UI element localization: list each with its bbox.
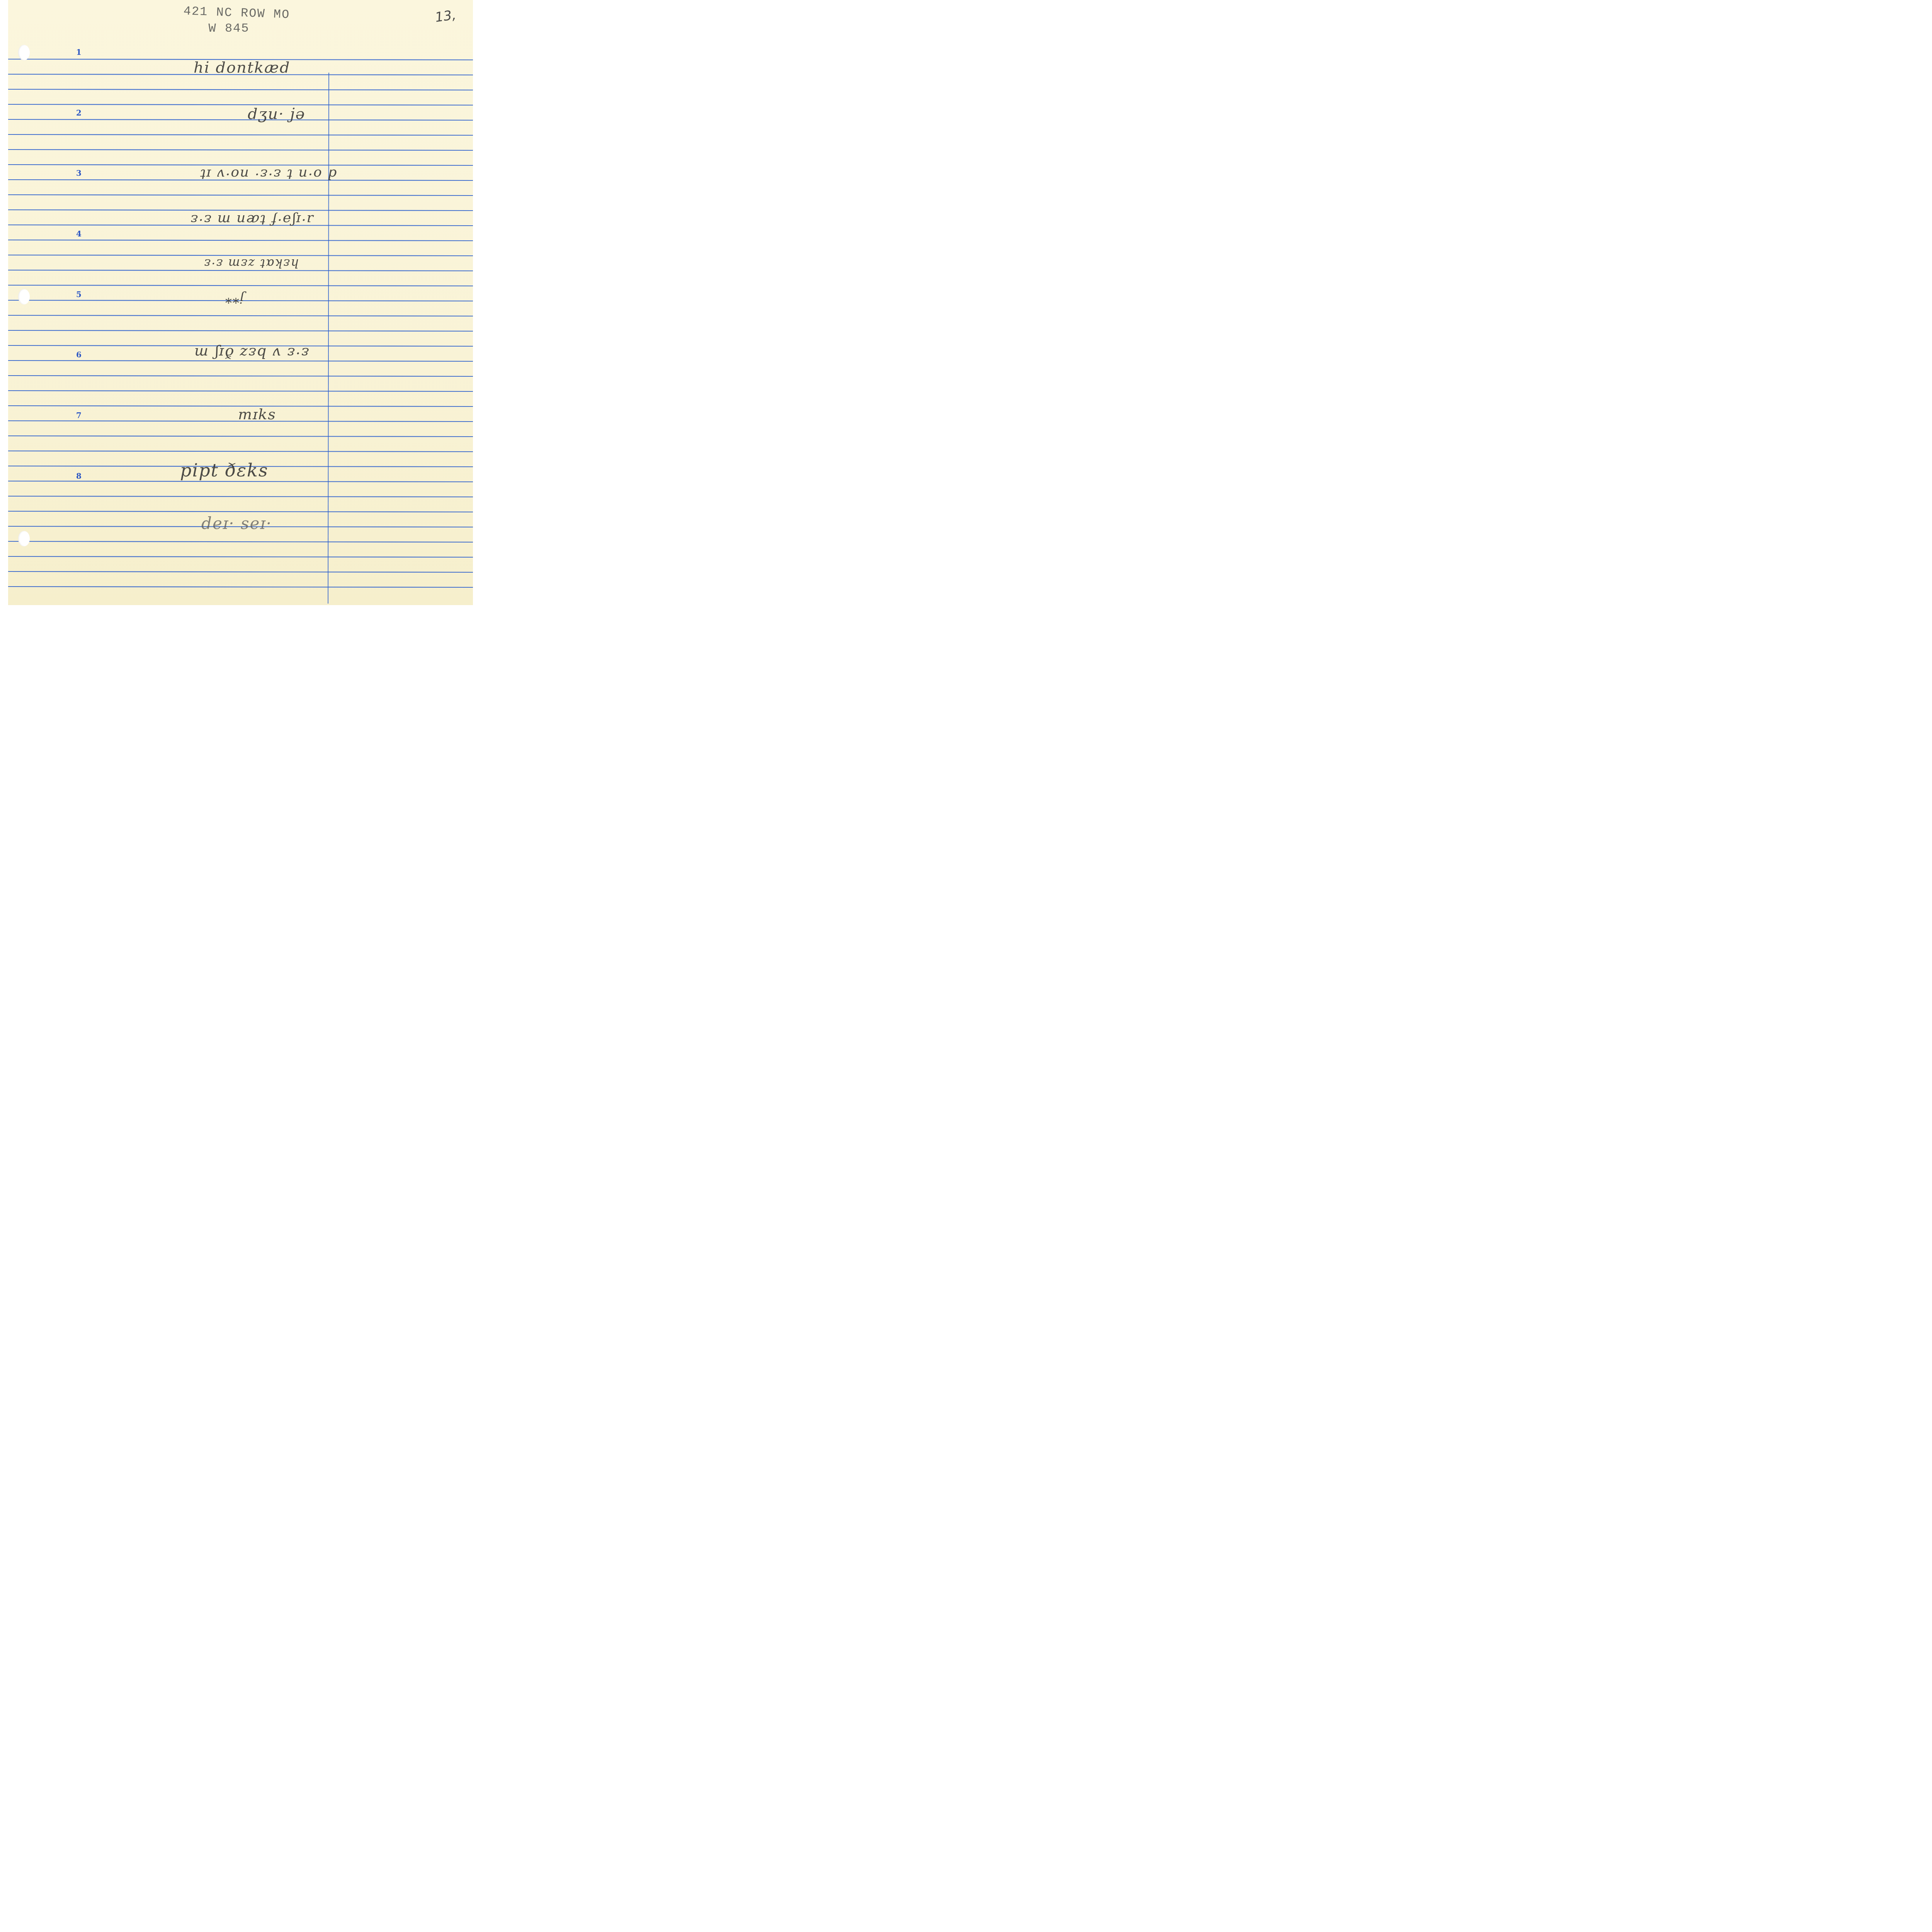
handwritten-entry-1: hi dontkæd xyxy=(194,59,290,77)
handwritten-entry-7: mɪks xyxy=(238,406,276,423)
line-number-1: 1 xyxy=(73,48,85,57)
notebook-page: 421 NC ROW MO W 845 13, 1 2 3 4 5 6 7 8 … xyxy=(8,0,473,605)
handwritten-entry-9: deɪ· seɪ· xyxy=(201,514,272,533)
line-number-6: 6 xyxy=(73,350,85,359)
line-number-3: 3 xyxy=(73,168,85,178)
handwritten-page-number: 13, xyxy=(434,7,457,25)
line-number-5: 5 xyxy=(73,290,85,299)
handwritten-entry-2: dʒu· jə xyxy=(248,105,305,123)
line-number-8: 8 xyxy=(73,471,85,481)
handwritten-entry-6: ɛ·ɛ v bɛz ðɪʃ m xyxy=(194,345,309,362)
handwritten-entry-4a: ɹ·ɪʃə·f tæn m ɛ·ɛ xyxy=(190,212,314,228)
line-number-4: 4 xyxy=(73,229,85,238)
handwritten-entry-4b: hɛkɑt zɛm ɛ·ɛ xyxy=(203,256,299,271)
handwritten-entry-8: pipt ðɛks xyxy=(180,460,269,481)
handwritten-entry-5: j** xyxy=(224,291,244,306)
handwritten-entry-3: d o·n t ɛ·ɛ· no·v ɪt xyxy=(199,166,337,182)
binder-hole-top xyxy=(18,45,30,60)
line-number-7: 7 xyxy=(73,411,85,420)
margin-line xyxy=(328,73,329,604)
binder-hole-middle xyxy=(18,289,30,304)
line-number-2: 2 xyxy=(73,108,85,117)
typed-header-line2: W 845 xyxy=(8,22,461,35)
binder-hole-bottom xyxy=(18,531,30,546)
